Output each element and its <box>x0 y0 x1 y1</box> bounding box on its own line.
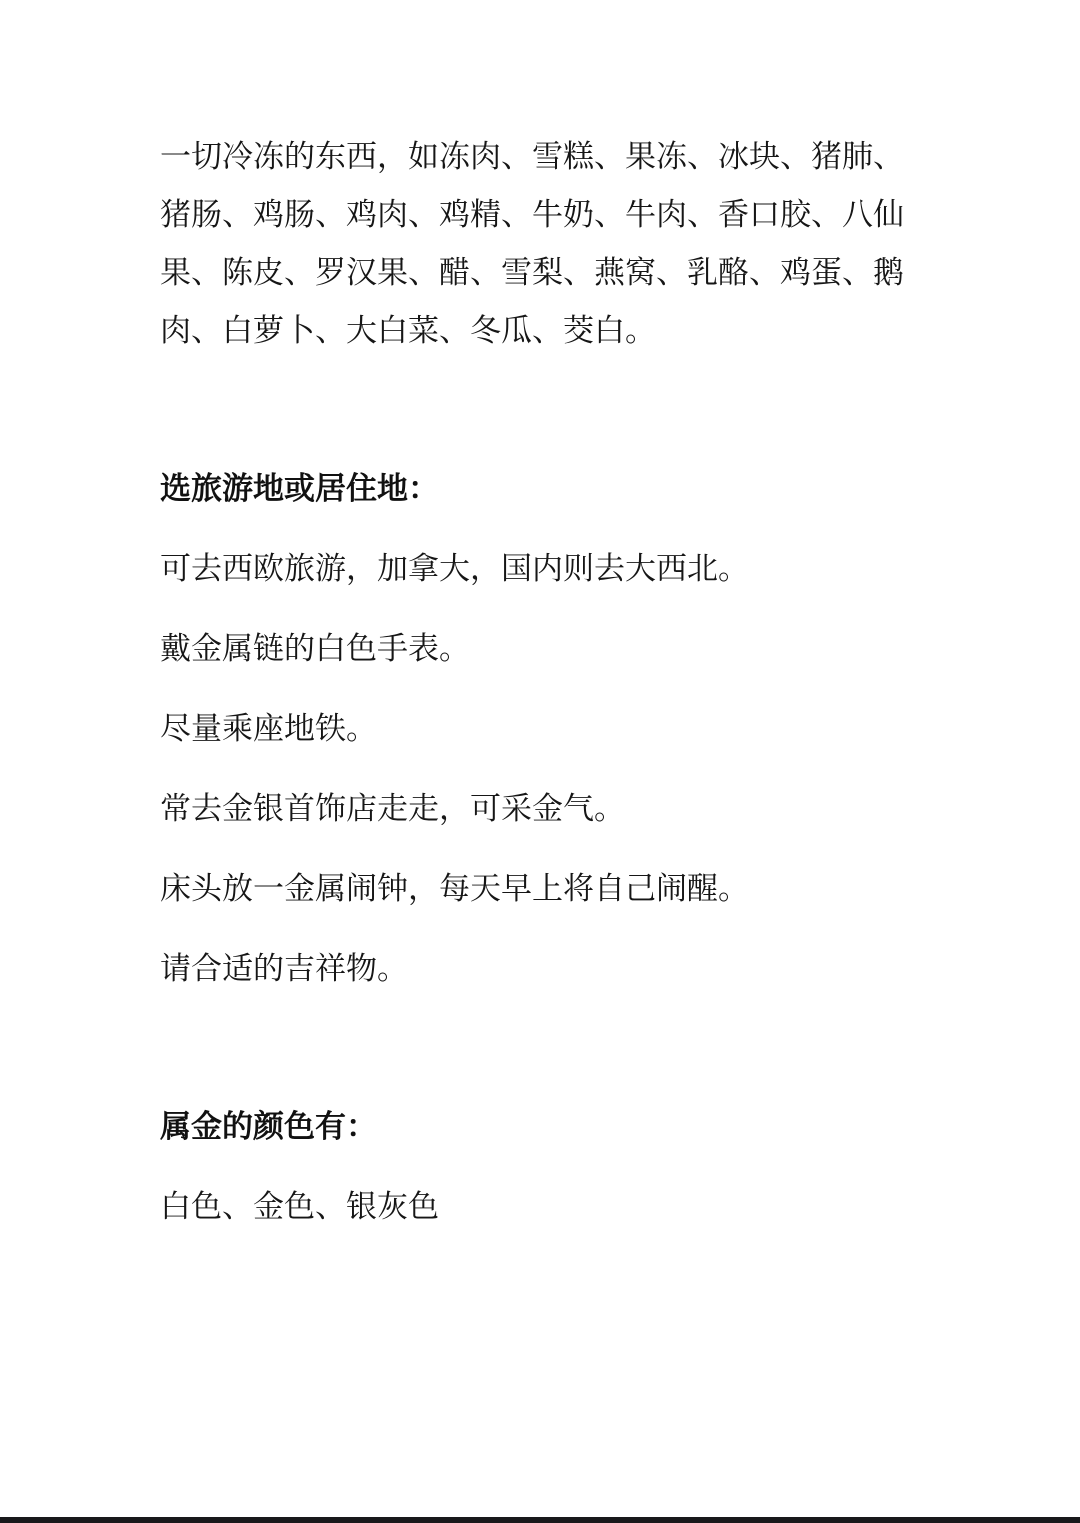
travel-tip-destinations: 可去西欧旅游，加拿大，国内则去大西北。 <box>160 540 920 598</box>
bottom-edge-bar <box>0 1517 1080 1523</box>
travel-tip-watch: 戴金属链的白色手表。 <box>160 620 920 678</box>
document-body: 一切冷冻的东西，如冻肉、雪糕、果冻、冰块、猪肺、 猪肠、鸡肠、鸡肉、鸡精、牛奶、… <box>160 128 920 1258</box>
metal-colors-heading: 属金的颜色有： <box>160 1098 920 1156</box>
paragraph-line: 一切冷冻的东西，如冻肉、雪糕、果冻、冰块、猪肺、 <box>160 128 920 186</box>
travel-tip-jewelry-shop: 常去金银首饰店走走，可采金气。 <box>160 780 920 838</box>
paragraph-line: 果、陈皮、罗汉果、醋、雪梨、燕窝、乳酪、鸡蛋、鹅 <box>160 244 920 302</box>
paragraph-line: 猪肠、鸡肠、鸡肉、鸡精、牛奶、牛肉、香口胶、八仙 <box>160 186 920 244</box>
travel-section-heading: 选旅游地或居住地： <box>160 460 920 518</box>
travel-tip-subway: 尽量乘座地铁。 <box>160 700 920 758</box>
frozen-items-paragraph: 一切冷冻的东西，如冻肉、雪糕、果冻、冰块、猪肺、 猪肠、鸡肠、鸡肉、鸡精、牛奶、… <box>160 128 920 360</box>
travel-tip-alarm-clock: 床头放一金属闹钟，每天早上将自己闹醒。 <box>160 860 920 918</box>
paragraph-line: 肉、白萝卜、大白菜、冬瓜、茭白。 <box>160 302 920 360</box>
travel-tip-mascot: 请合适的吉祥物。 <box>160 940 920 998</box>
metal-colors-list: 白色、金色、银灰色 <box>160 1178 920 1236</box>
